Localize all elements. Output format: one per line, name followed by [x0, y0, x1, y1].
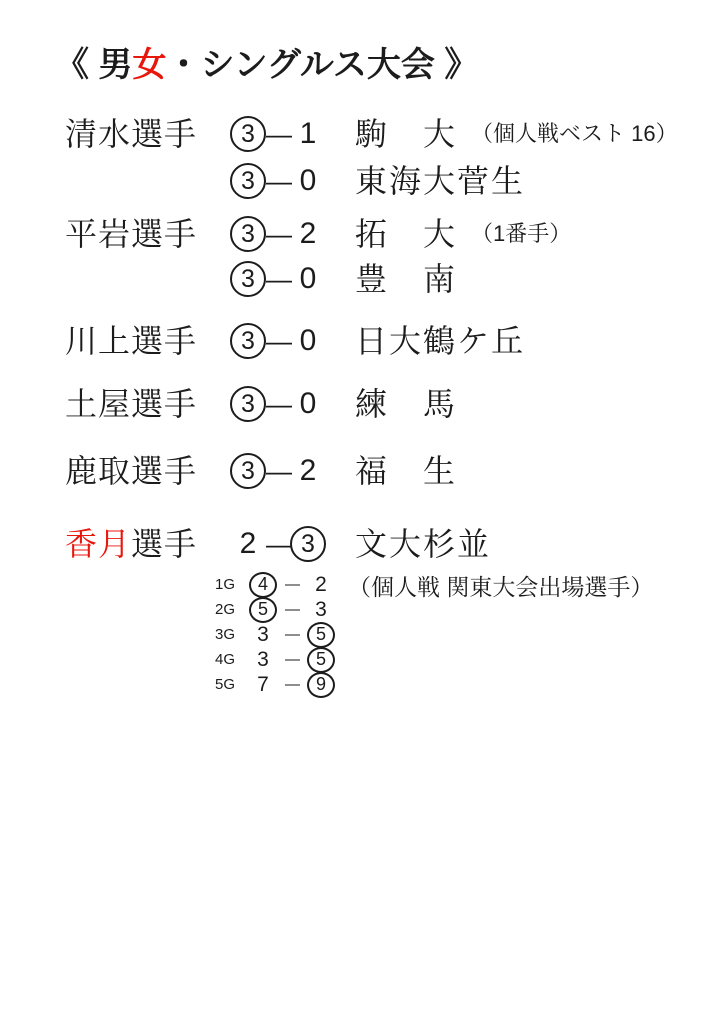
score-right: 0	[290, 323, 326, 359]
match-score: 3 — 2	[230, 214, 326, 254]
score-dash: —	[266, 451, 290, 491]
opponent-name: 文大杉並	[355, 524, 491, 564]
game-score-dash: —	[285, 601, 299, 618]
game-score-left: 3	[249, 647, 277, 673]
participation-note: （個人戦 関東大会出場選手）	[348, 572, 653, 602]
game-score-left: 7	[249, 672, 277, 698]
final-match-detail: 1G 4 — 2 2G 5 — 3 3G 3 — 5	[0, 572, 724, 697]
score-dash: —	[266, 321, 290, 361]
score-dash: —	[266, 524, 290, 564]
game-row: 1G 4 — 2	[215, 572, 335, 597]
game-score-right: 3	[307, 597, 335, 623]
match-score: 2 — 3	[230, 524, 326, 564]
game-label: 5G	[215, 676, 241, 693]
score-dash: —	[266, 384, 290, 424]
match-score: 3 — 0	[230, 384, 326, 424]
match-row: 平岩選手 3 — 2 拓 大 （1番手）	[0, 214, 724, 254]
opponent-name: 豊 南	[355, 259, 457, 299]
match-score: 3 — 0	[230, 259, 326, 299]
score-right: 3	[290, 526, 326, 562]
match-row: 川上選手 3 — 0 日大鶴ケ丘	[0, 321, 724, 361]
game-score-right: 9	[307, 672, 335, 698]
game-label: 2G	[215, 601, 241, 618]
game-label: 3G	[215, 626, 241, 643]
score-left: 3	[230, 386, 266, 422]
score-right: 1	[290, 116, 326, 152]
game-label: 1G	[215, 576, 241, 593]
match-note: （1番手）	[471, 214, 571, 254]
score-left: 2	[230, 526, 266, 562]
score-right: 0	[290, 386, 326, 422]
match-score: 3 — 2	[230, 451, 326, 491]
game-row: 4G 3 — 5	[215, 647, 335, 672]
game-score-right: 5	[307, 622, 335, 648]
player-name: 香月選手	[65, 524, 230, 564]
document-page: 《 男女・シングルス大会 》 清水選手 3 — 1 駒 大 （個人戦ベスト 16…	[0, 0, 724, 1024]
match-note: （個人戦ベスト 16）	[471, 114, 678, 154]
game-score-dash: —	[285, 576, 299, 593]
opponent-name: 東海大菅生	[355, 161, 525, 201]
game-score-right: 5	[307, 647, 335, 673]
game-score-dash: —	[285, 651, 299, 668]
game-row: 5G 7 — 9	[215, 672, 335, 697]
title-text-left: 《 男	[55, 46, 132, 84]
player-name: 鹿取選手	[65, 451, 230, 491]
player-name-rest: 選手	[131, 526, 197, 562]
player-name: 川上選手	[65, 321, 230, 361]
game-row: 2G 5 — 3	[215, 597, 335, 622]
score-dash: —	[266, 214, 290, 254]
game-score-left: 4	[249, 572, 277, 598]
match-row: 3 — 0 東海大菅生	[0, 161, 724, 201]
game-row: 3G 3 — 5	[215, 622, 335, 647]
score-left: 3	[230, 453, 266, 489]
opponent-name: 日大鶴ケ丘	[355, 321, 525, 361]
match-score: 3 — 1	[230, 114, 326, 154]
match-row-final: 香月選手 2 — 3 文大杉並	[0, 524, 724, 564]
player-name: 清水選手	[65, 114, 230, 154]
game-score-left: 3	[249, 622, 277, 648]
game-label: 4G	[215, 651, 241, 668]
match-row: 3 — 0 豊 南	[0, 259, 724, 299]
title-text-right: ・シングルス大会 》	[166, 46, 478, 84]
game-score-dash: —	[285, 626, 299, 643]
score-left: 3	[230, 116, 266, 152]
score-dash: —	[266, 161, 290, 201]
game-score-left: 5	[249, 597, 277, 623]
game-score-right: 2	[307, 572, 335, 598]
title-red-text: 女	[132, 46, 166, 84]
opponent-name: 拓 大	[355, 214, 457, 254]
results-list: 清水選手 3 — 1 駒 大 （個人戦ベスト 16） 3 — 0 東海大菅生 平…	[0, 114, 724, 697]
score-left: 3	[230, 163, 266, 199]
final-games-list: 1G 4 — 2 2G 5 — 3 3G 3 — 5	[215, 572, 335, 697]
opponent-name: 練 馬	[355, 384, 457, 424]
score-right: 2	[290, 216, 326, 252]
player-name-red: 香月	[65, 526, 131, 562]
score-left: 3	[230, 216, 266, 252]
opponent-name: 福 生	[355, 451, 457, 491]
player-name: 平岩選手	[65, 214, 230, 254]
match-score: 3 — 0	[230, 161, 326, 201]
match-row: 鹿取選手 3 — 2 福 生	[0, 451, 724, 491]
match-row: 土屋選手 3 — 0 練 馬	[0, 384, 724, 424]
score-right: 0	[290, 163, 326, 199]
page-title: 《 男女・シングルス大会 》	[55, 40, 724, 90]
score-dash: —	[266, 259, 290, 299]
player-name: 土屋選手	[65, 384, 230, 424]
game-score-dash: —	[285, 676, 299, 693]
score-dash: —	[266, 114, 290, 154]
score-right: 0	[290, 261, 326, 297]
score-left: 3	[230, 261, 266, 297]
score-right: 2	[290, 453, 326, 489]
match-score: 3 — 0	[230, 321, 326, 361]
score-left: 3	[230, 323, 266, 359]
opponent-name: 駒 大	[355, 114, 457, 154]
match-row: 清水選手 3 — 1 駒 大 （個人戦ベスト 16）	[0, 114, 724, 154]
